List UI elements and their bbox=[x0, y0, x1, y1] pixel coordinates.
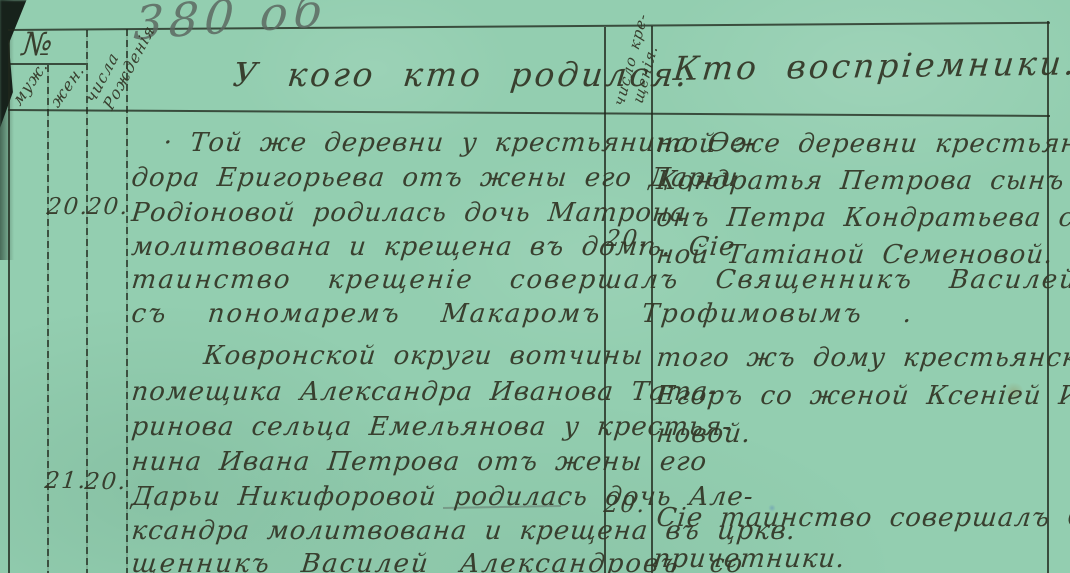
metric-book-page: 380 об № муж. жен. Рожденія числа У кого… bbox=[0, 0, 1070, 573]
entry2-birth-day: 20. bbox=[84, 471, 129, 494]
entry1-clergy-line: съ пономаремъ Макаромъ Трофимовымъ . bbox=[130, 301, 915, 327]
column-header-female: жен. bbox=[48, 61, 87, 110]
entry1-godparents-line: той же деревни крестьянина bbox=[655, 131, 1070, 157]
entry2-female-count: 21. bbox=[44, 470, 89, 493]
table-rule-header-bottom bbox=[8, 109, 1050, 117]
entry2-godparents-line: причетники. bbox=[652, 546, 846, 572]
entry2-godparents-line: Сіе таинство совершалъ Свя- bbox=[655, 505, 1070, 531]
entry1-born-line: дора Еригорьева отъ жены его Дарьи bbox=[130, 165, 740, 191]
column-header-no: № bbox=[21, 28, 56, 60]
entry2-born-line: нина Ивана Петрова отъ жены его bbox=[130, 449, 708, 475]
entry1-godparents-line: того жъ дому крестьянской сынъ bbox=[655, 345, 1070, 371]
column-header-godparents: Кто воспріемники. bbox=[672, 46, 1070, 85]
entry1-godparents-line: Кондратья Петрова сынъ Семе- bbox=[655, 168, 1070, 194]
table-rule-right-border bbox=[1047, 21, 1049, 573]
pencil-page-number: 380 об bbox=[132, 0, 330, 50]
entry2-born-line: Ковронской округи вотчины bbox=[202, 343, 645, 369]
entry1-godparents-line: онъ Петра Кондратьева съ же- bbox=[655, 205, 1070, 231]
entry1-born-line: Родіоновой родилась дочь Матрона bbox=[130, 200, 688, 226]
entry1-birth-day: 20. bbox=[86, 196, 131, 219]
entry1-born-line: молитвована и крещена въ домѣ. Сіе bbox=[130, 234, 737, 260]
entry1-female-count: 20. bbox=[46, 196, 91, 219]
entry1-clergy-line-cross-column: таинство крещеніе совершалъ Священникъ В… bbox=[130, 267, 1070, 293]
table-rule-left-border bbox=[8, 40, 10, 573]
entry2-born-line: ринова сельца Емельянова у крестья- bbox=[130, 414, 733, 440]
entry1-godparents-line: ной Татіаной Семеновой. bbox=[655, 242, 1054, 268]
table-rule-col-male-female bbox=[47, 65, 49, 573]
entry2-born-line: помещика Александра Иванова Тата- bbox=[130, 379, 719, 405]
